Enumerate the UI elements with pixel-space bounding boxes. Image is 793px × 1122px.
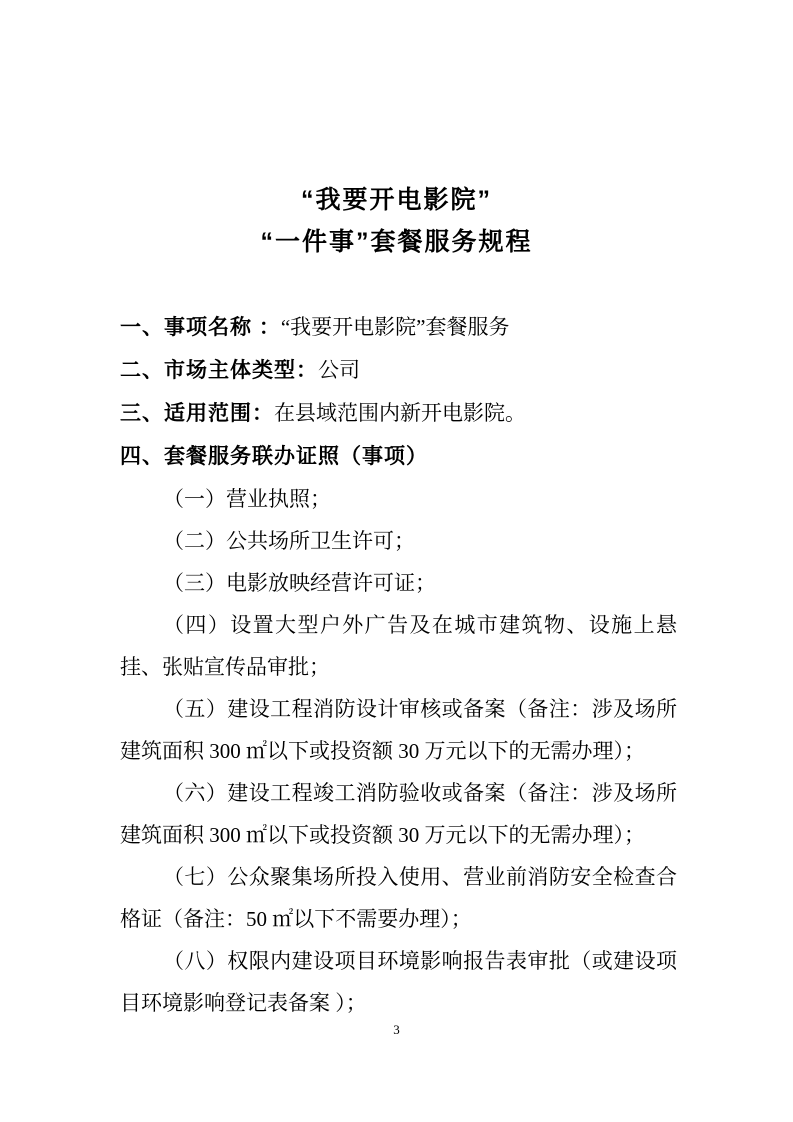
list-item-8: （八）权限内建设项目环境影响报告表审批（或建设项目环境影响登记表备案 ）；: [120, 940, 677, 1024]
title-line-2: “一件事”套餐服务规程: [0, 221, 793, 263]
page-number: 3: [0, 1021, 793, 1039]
list-item-5: （五）建设工程消防设计审核或备案（备注：涉及场所建筑面积 300 ㎡以下或投资额…: [120, 688, 677, 772]
section-heading-2: 二、市场主体类型：公司: [120, 349, 677, 392]
list-item-1: （一）营业执照；: [120, 478, 677, 520]
section-2-value: 公司: [318, 358, 360, 382]
section-heading-3: 三、适用范围：在县域范围内新开电影院。: [120, 392, 677, 435]
section-1-label: 一、事项名称 ：: [120, 316, 281, 339]
section-3-value: 在县域范围内新开电影院。: [274, 401, 526, 425]
list-item-6: （六）建设工程竣工消防验收或备案（备注：涉及场所建筑面积 300 ㎡以下或投资额…: [120, 772, 677, 856]
section-2-label: 二、市场主体类型：: [120, 359, 318, 382]
list-item-7: （七）公众聚集场所投入使用、营业前消防安全检查合格证（备注：50 ㎡以下不需要办…: [120, 856, 677, 940]
section-4-label: 四、套餐服务联办证照（事项）: [120, 445, 428, 468]
list-item-4: （四）设置大型户外广告及在城市建筑物、设施上悬挂、张贴宣传品审批；: [120, 604, 677, 688]
section-3-label: 三、适用范围：: [120, 402, 274, 425]
list-item-3: （三）电影放映经营许可证；: [120, 562, 677, 604]
title-line-1: “我要开电影院”: [0, 179, 793, 221]
section-heading-1: 一、事项名称 ：“我要开电影院”套餐服务: [120, 306, 677, 349]
document-page: “我要开电影院” “一件事”套餐服务规程 一、事项名称 ：“我要开电影院”套餐服…: [0, 0, 793, 1122]
section-heading-4: 四、套餐服务联办证照（事项）: [120, 435, 677, 478]
document-title: “我要开电影院” “一件事”套餐服务规程: [0, 179, 793, 263]
list-item-2: （二）公共场所卫生许可；: [120, 520, 677, 562]
document-body: 一、事项名称 ：“我要开电影院”套餐服务 二、市场主体类型：公司 三、适用范围：…: [120, 306, 677, 1024]
section-1-value: “我要开电影院”套餐服务: [281, 315, 510, 339]
